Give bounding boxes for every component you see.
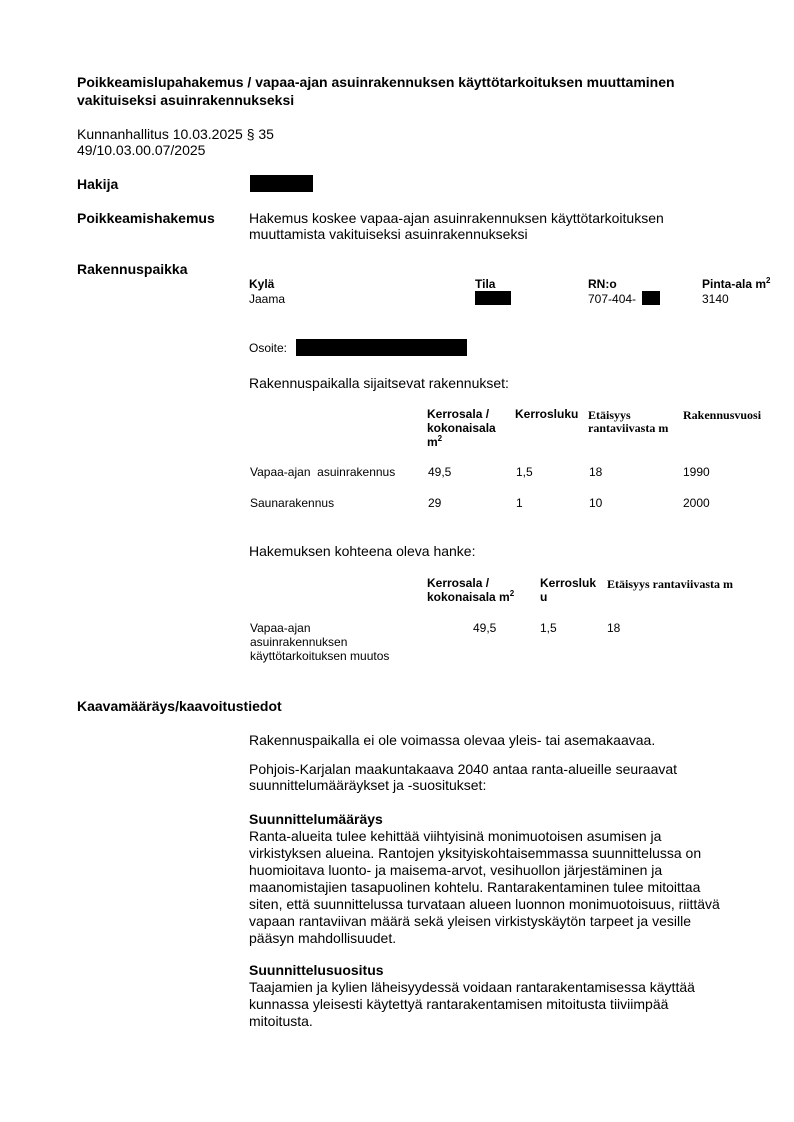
tila-header: Tila	[475, 277, 495, 291]
row-area: 29	[428, 496, 441, 510]
poikkeamishakemus-label: Poikkeamishakemus	[77, 210, 215, 226]
suunnittelumaarays-title: Suunnittelumääräys	[249, 811, 729, 828]
existing-header-distance: Etäisyys rantaviivasta m	[588, 409, 678, 435]
kaava-paragraph-1: Rakennuspaikalla ei ole voimassa olevaa …	[249, 732, 719, 748]
existing-header-year: Rakennusvuosi	[683, 409, 761, 422]
poikkeamishakemus-text: Hakemus koskee vapaa-ajan asuinrakennuks…	[249, 210, 699, 242]
row-area: 49,5	[473, 621, 496, 635]
suunnittelumaarays-text: Ranta-alueita tulee kehittää viihtyisinä…	[249, 828, 729, 947]
row-area: 49,5	[428, 465, 451, 479]
existing-header-area: Kerrosala / kokonaisala m2	[427, 407, 499, 449]
row-year: 1990	[683, 465, 710, 479]
row-name: Vapaa-ajan asuinrakennus	[250, 465, 395, 479]
row-name: Saunarakennus	[250, 496, 334, 510]
suunnittelusuositus-title: Suunnittelusuositus	[249, 962, 729, 979]
row-distance: 18	[607, 621, 620, 635]
kaava-label: Kaavamääräys/kaavoitustiedot	[77, 698, 282, 714]
meeting-reference: Kunnanhallitus 10.03.2025 § 35	[77, 126, 274, 142]
kyla-header: Kylä	[249, 277, 274, 291]
tila-redacted	[475, 291, 511, 305]
pinta-ala-value: 3140	[702, 292, 729, 306]
row-name: Vapaa-ajan asuinrakennuksen käyttötarkoi…	[250, 621, 410, 663]
rakennuspaikka-label: Rakennuspaikka	[77, 261, 188, 277]
osoite-redacted	[296, 339, 467, 356]
row-floors: 1	[516, 496, 523, 510]
hakija-label: Hakija	[77, 176, 118, 192]
project-header-floors: Kerrosluk u	[540, 576, 596, 604]
suunnittelumaarays-block: Suunnittelumääräys Ranta-alueita tulee k…	[249, 811, 729, 947]
row-floors: 1,5	[516, 465, 533, 479]
record-id: 49/10.03.00.07/2025	[77, 142, 274, 158]
row-floors: 1,5	[540, 621, 557, 635]
suunnittelusuositus-text: Taajamien ja kylien läheisyydessä voidaa…	[249, 979, 729, 1030]
document-title: Poikkeamislupahakemus / vapaa-ajan asuin…	[77, 73, 737, 109]
rno-header: RN:o	[588, 277, 617, 291]
row-distance: 18	[589, 465, 602, 479]
osoite-label: Osoite:	[249, 341, 287, 355]
hakija-redacted	[250, 175, 313, 192]
project-header-distance: Etäisyys rantaviivasta m	[607, 578, 733, 591]
row-distance: 10	[589, 496, 602, 510]
rno-redacted	[642, 291, 660, 305]
pinta-ala-header: Pinta-ala m2	[702, 277, 770, 291]
existing-buildings-intro: Rakennuspaikalla sijaitsevat rakennukset…	[249, 375, 509, 391]
existing-header-floors: Kerrosluku	[515, 407, 578, 421]
project-intro: Hakemuksen kohteena oleva hanke:	[249, 543, 475, 559]
suunnittelusuositus-block: Suunnittelusuositus Taajamien ja kylien …	[249, 962, 729, 1030]
project-header-area: Kerrosala / kokonaisala m2	[427, 576, 527, 604]
document-meta: Kunnanhallitus 10.03.2025 § 35 49/10.03.…	[77, 126, 274, 158]
row-year: 2000	[683, 496, 710, 510]
rno-value: 707-404-	[588, 292, 636, 306]
kaava-paragraph-2: Pohjois-Karjalan maakuntakaava 2040 anta…	[249, 761, 709, 793]
kyla-value: Jaama	[249, 292, 285, 306]
